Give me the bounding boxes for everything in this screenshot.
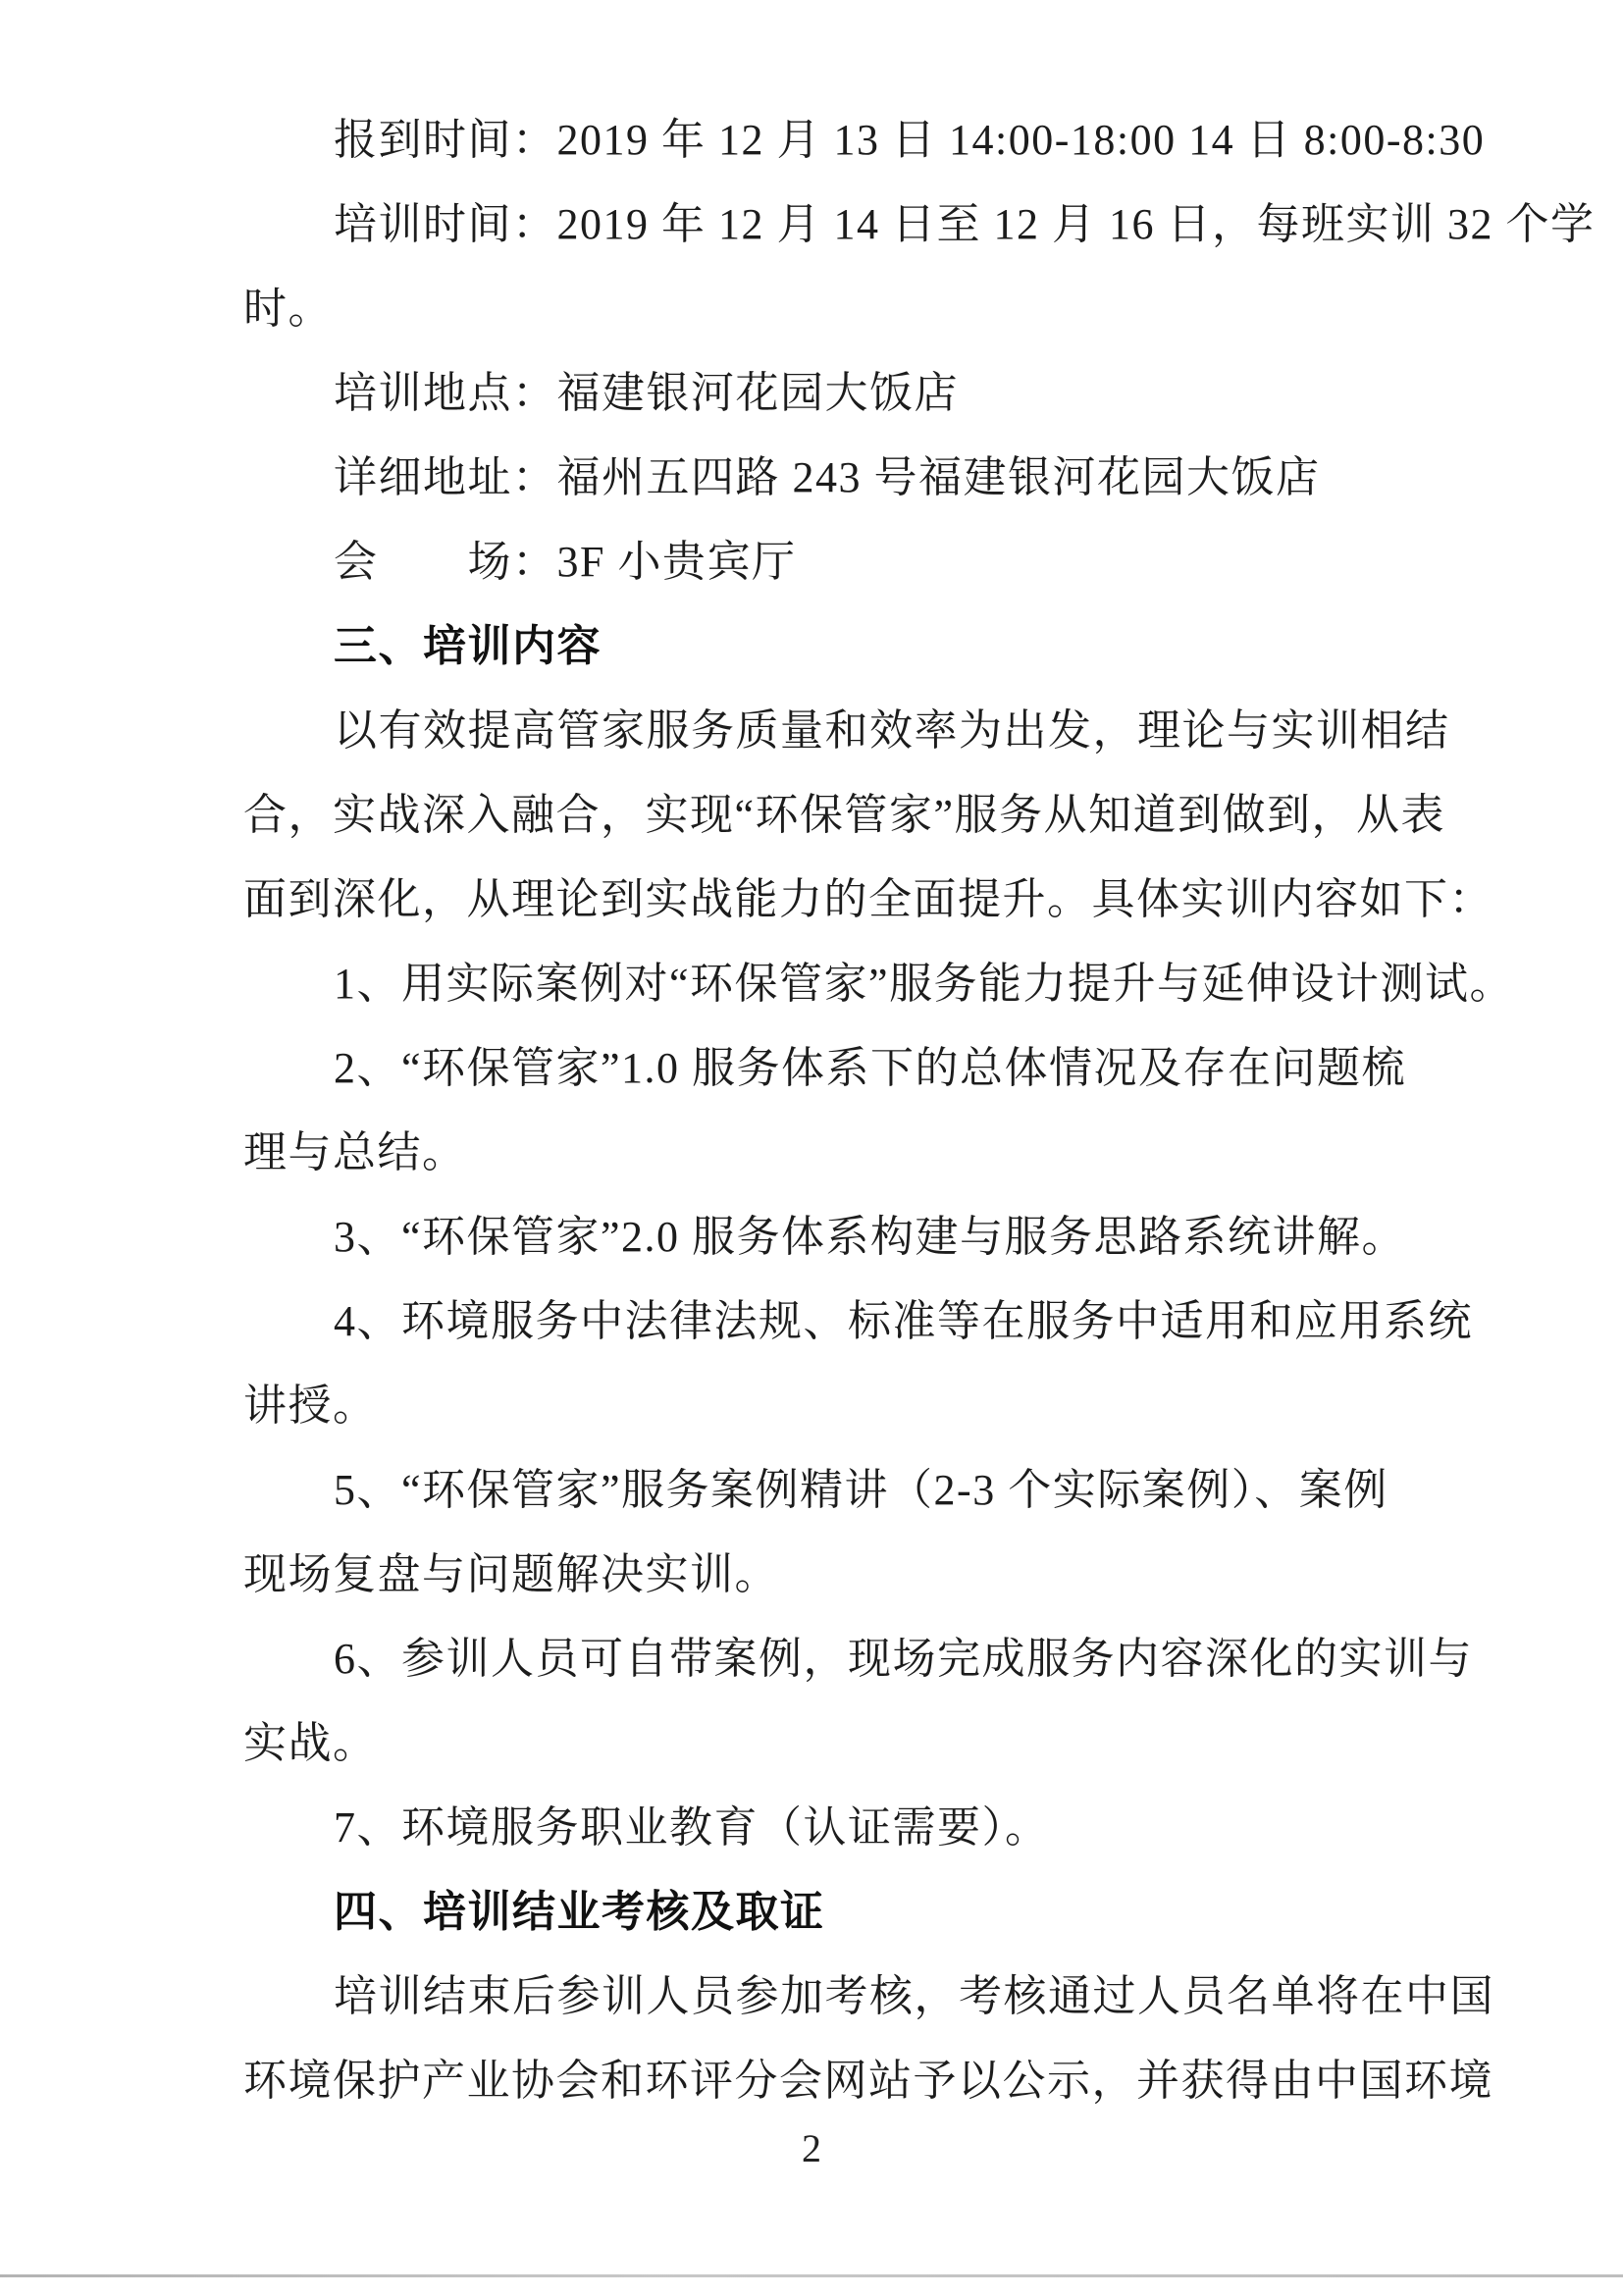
section-heading: 四、培训结业考核及取证	[243, 1870, 1480, 1955]
text-line: 6、参训人员可自带案例，现场完成服务内容深化的实训与	[243, 1617, 1480, 1701]
text-line: 4、环境服务中法律法规、标准等在服务中适用和应用系统	[243, 1279, 1480, 1364]
section-heading: 三、培训内容	[243, 604, 1480, 689]
text-line: 讲授。	[243, 1364, 1480, 1448]
text-line: 培训结束后参训人员参加考核，考核通过人员名单将在中国	[243, 1955, 1480, 2039]
text-line: 会 场：3F 小贵宾厅	[243, 520, 1480, 604]
text-line: 1、用实际案例对“环保管家”服务能力提升与延伸设计测试。	[243, 942, 1480, 1026]
document-page: 报到时间：2019 年 12 月 13 日 14:00-18:00 14 日 8…	[0, 0, 1623, 2296]
text-line: 合，实战深入融合，实现“环保管家”服务从知道到做到，从表	[243, 773, 1480, 858]
text-line: 面到深化，从理论到实战能力的全面提升。具体实训内容如下：	[243, 858, 1480, 942]
text-line: 7、环境服务职业教育（认证需要）。	[243, 1786, 1480, 1870]
text-line: 以有效提高管家服务质量和效率为出发，理论与实训相结	[243, 689, 1480, 773]
text-line: 3、“环保管家”2.0 服务体系构建与服务思路系统讲解。	[243, 1195, 1480, 1279]
text-line: 现场复盘与问题解决实训。	[243, 1533, 1480, 1617]
text-line: 培训地点：福建银河花园大饭店	[243, 351, 1480, 436]
text-line: 详细地址：福州五四路 243 号福建银河花园大饭店	[243, 436, 1480, 520]
document-body: 报到时间：2019 年 12 月 13 日 14:00-18:00 14 日 8…	[243, 98, 1480, 2123]
text-line: 理与总结。	[243, 1111, 1480, 1195]
text-line: 报到时间：2019 年 12 月 13 日 14:00-18:00 14 日 8…	[243, 98, 1480, 183]
text-line: 实战。	[243, 1701, 1480, 1786]
page-number: 2	[0, 2119, 1623, 2178]
text-line: 培训时间：2019 年 12 月 14 日至 12 月 16 日，每班实训 32…	[243, 183, 1480, 267]
text-line: 环境保护产业协会和环评分会网站予以公示，并获得由中国环境	[243, 2039, 1480, 2123]
text-line: 时。	[243, 267, 1480, 351]
scan-edge-line	[0, 2274, 1623, 2277]
text-line: 5、“环保管家”服务案例精讲（2-3 个实际案例）、案例	[243, 1448, 1480, 1533]
text-line: 2、“环保管家”1.0 服务体系下的总体情况及存在问题梳	[243, 1026, 1480, 1111]
